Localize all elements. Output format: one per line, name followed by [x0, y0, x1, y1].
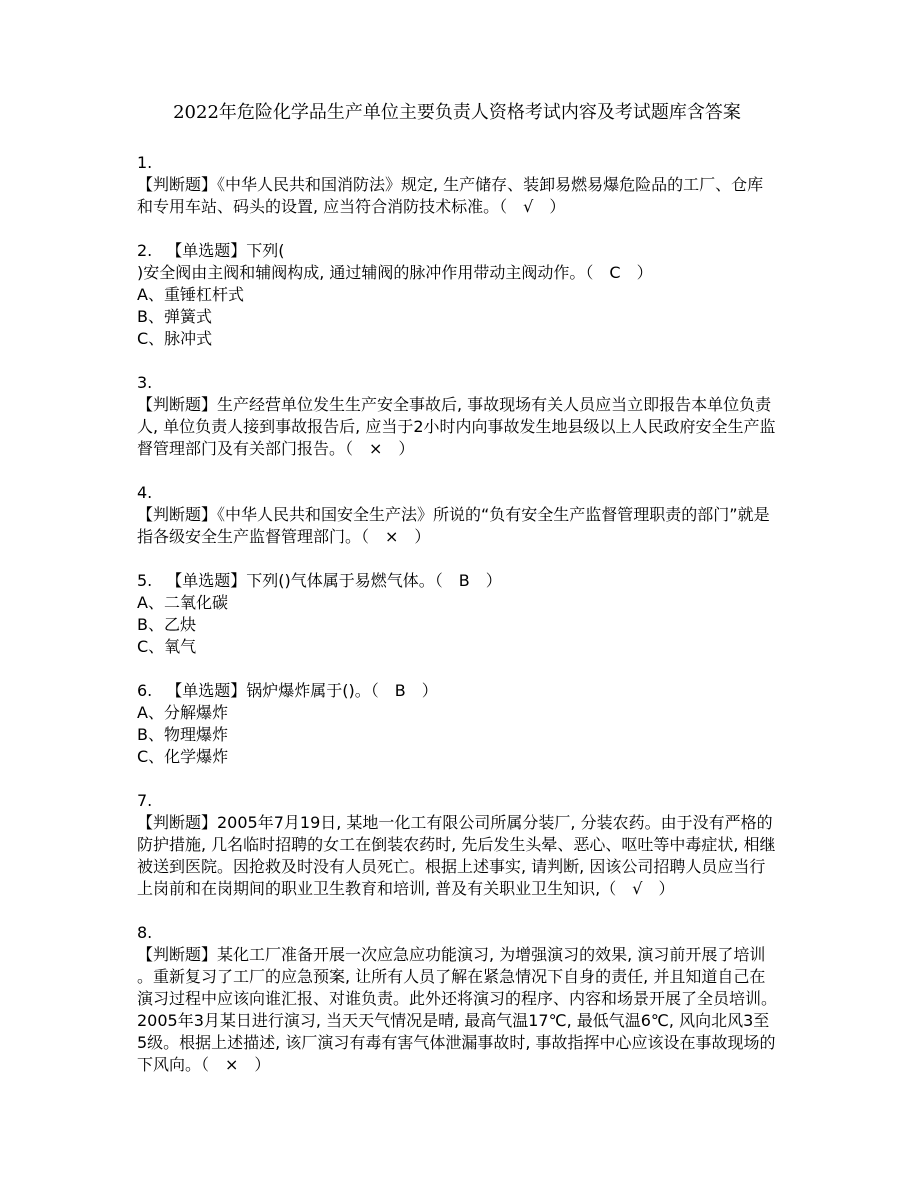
question-headline: 【单选题】下列( [166, 241, 284, 260]
document-title: 2022年危险化学品生产单位主要负责人资格考试内容及考试题库含答案 [137, 100, 777, 125]
question-option: A、重锤杠杆式 [137, 284, 777, 306]
question-number: 4. [137, 482, 777, 504]
question-option: C、氧气 [137, 636, 777, 658]
question-number: 5. [137, 571, 152, 590]
questions-list: 1.【判断题】《中华人民共和国消防法》规定, 生产储存、装卸易燃易爆危险品的工厂… [137, 152, 777, 1076]
question-option: C、化学爆炸 [137, 746, 777, 768]
question-option: B、弹簧式 [137, 306, 777, 328]
question-number: 7. [137, 790, 777, 812]
question-3: 3.【判断题】生产经营单位发生生产安全事故后, 事故现场有关人员应当立即报告本单… [137, 372, 777, 460]
question-option: B、乙炔 [137, 614, 777, 636]
question-number: 1. [137, 152, 777, 174]
question-header-line: 5.【单选题】下列()气体属于易燃气体。（ B ） [137, 570, 777, 592]
question-number: 8. [137, 922, 777, 944]
question-option: A、分解爆炸 [137, 702, 777, 724]
question-1: 1.【判断题】《中华人民共和国消防法》规定, 生产储存、装卸易燃易爆危险品的工厂… [137, 152, 777, 218]
question-2: 2.【单选题】下列()安全阀由主阀和辅阀构成, 通过辅阀的脉冲作用带动主阀动作。… [137, 240, 777, 350]
question-text: 【判断题】生产经营单位发生生产安全事故后, 事故现场有关人员应当立即报告本单位负… [137, 394, 777, 460]
question-option: A、二氧化碳 [137, 592, 777, 614]
question-4: 4.【判断题】《中华人民共和国安全生产法》所说的“负有安全生产监督管理职责的部门… [137, 482, 777, 548]
question-6: 6.【单选题】锅炉爆炸属于()。（ B ）A、分解爆炸B、物理爆炸C、化学爆炸 [137, 680, 777, 768]
question-text: 【判断题】某化工厂准备开展一次应急应功能演习, 为增强演习的效果, 演习前开展了… [137, 944, 777, 1076]
question-7: 7.【判断题】2005年7月19日, 某地一化工有限公司所属分装厂, 分装农药。… [137, 790, 777, 900]
question-option: C、脉冲式 [137, 328, 777, 350]
question-text: 【判断题】《中华人民共和国消防法》规定, 生产储存、装卸易燃易爆危险品的工厂、仓… [137, 174, 777, 218]
question-5: 5.【单选题】下列()气体属于易燃气体。（ B ）A、二氧化碳B、乙炔C、氧气 [137, 570, 777, 658]
question-headline: 【单选题】锅炉爆炸属于()。（ B ） [166, 681, 437, 700]
question-text: )安全阀由主阀和辅阀构成, 通过辅阀的脉冲作用带动主阀动作。（ C ） [137, 262, 777, 284]
question-option: B、物理爆炸 [137, 724, 777, 746]
question-8: 8.【判断题】某化工厂准备开展一次应急应功能演习, 为增强演习的效果, 演习前开… [137, 922, 777, 1076]
question-header-line: 6.【单选题】锅炉爆炸属于()。（ B ） [137, 680, 777, 702]
question-number: 6. [137, 681, 152, 700]
question-number: 3. [137, 372, 777, 394]
question-header-line: 2.【单选题】下列( [137, 240, 777, 262]
question-number: 2. [137, 241, 152, 260]
question-text: 【判断题】《中华人民共和国安全生产法》所说的“负有安全生产监督管理职责的部门”就… [137, 504, 777, 548]
question-text: 【判断题】2005年7月19日, 某地一化工有限公司所属分装厂, 分装农药。由于… [137, 812, 777, 900]
question-headline: 【单选题】下列()气体属于易燃气体。（ B ） [166, 571, 501, 590]
document-page: 2022年危险化学品生产单位主要负责人资格考试内容及考试题库含答案 1.【判断题… [0, 0, 920, 1191]
